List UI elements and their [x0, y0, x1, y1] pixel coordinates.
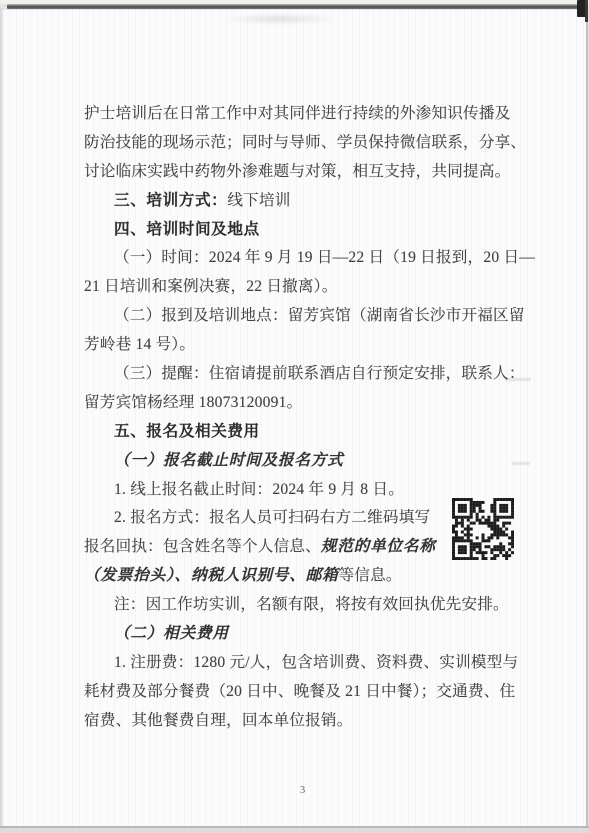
- text-line: （二）相关费用: [84, 620, 520, 649]
- qr-code-graphic: [452, 498, 514, 560]
- text-run: 1. 注册费：1280 元/人，包含培训费、资料费、实训模型与: [114, 654, 518, 671]
- scanned-page: 护士培训后在日常工作中对其同伴进行持续的外渗知识传播及防治技能的现场示范；同时与…: [0, 0, 589, 833]
- paper-right-edge-shadow: [585, 0, 588, 22]
- text-line: （发票抬头）、纳税人识别号、邮箱等信息。: [84, 562, 520, 591]
- text-run: 宿费、其他餐费自理，回本单位报销。: [84, 712, 353, 729]
- document-content: 护士培训后在日常工作中对其同伴进行持续的外渗知识传播及防治技能的现场示范；同时与…: [84, 100, 520, 736]
- scanner-bottom-band: [0, 828, 589, 833]
- paper-left-edge: [0, 8, 4, 833]
- text-run: 留芳宾馆杨经理 18073120091。: [84, 394, 302, 411]
- text-line: 1. 注册费：1280 元/人，包含培训费、资料费、实训模型与: [84, 649, 520, 678]
- text-line: 护士培训后在日常工作中对其同伴进行持续的外渗知识传播及: [84, 100, 520, 129]
- text-line: 21 日培训和案例决赛，22 日撤离）。: [84, 273, 520, 302]
- text-run-bold: （二）相关费用: [114, 625, 229, 642]
- text-run: 21 日培训和案例决赛，22 日撤离）。: [84, 278, 338, 295]
- text-line: 宿费、其他餐费自理，回本单位报销。: [84, 707, 520, 736]
- text-run: 护士培训后在日常工作中对其同伴进行持续的外渗知识传播及: [84, 105, 510, 122]
- text-run: 等信息。: [339, 567, 402, 584]
- text-line: 五、报名及相关费用: [84, 418, 520, 447]
- text-run: （二）报到及培训地点：留芳宾馆（湖南省长沙市开福区留: [114, 307, 525, 324]
- text-run-bold: （发票抬头）、纳税人识别号、邮箱: [84, 567, 339, 584]
- text-line: 注：因工作坊实训，名额有限，将按有效回执优先安排。: [84, 591, 520, 620]
- scan-smudge: [222, 13, 340, 25]
- page-number: 3: [0, 784, 589, 796]
- text-run-bold: 规范的单位名称: [321, 538, 436, 555]
- paper-right-edge: [586, 0, 588, 827]
- text-line: 三、培训方式：线下培训: [84, 187, 520, 216]
- text-run: （一）时间：2024 年 9 月 19 日—22 日（19 日报到，20 日—: [114, 249, 535, 266]
- text-run: 注：因工作坊实训，名额有限，将按有效回执优先安排。: [114, 596, 509, 613]
- text-line: 四、培训时间及地点: [84, 216, 520, 245]
- text-run-bold: 五、报名及相关费用: [114, 423, 260, 440]
- text-line: （一）时间：2024 年 9 月 19 日—22 日（19 日报到，20 日—: [84, 244, 520, 273]
- text-run: 线下培训: [227, 192, 290, 209]
- text-run: 报名回执：包含姓名等个人信息、: [84, 538, 321, 555]
- text-run-bold: （一）报名截止时间及报名方式: [114, 452, 344, 469]
- text-run: 2. 报名方式：报名人员可扫码右方二维码填写: [114, 509, 430, 526]
- text-run: 讨论临床实践中药物外渗难题与对策，相互支持，共同提高。: [84, 163, 510, 180]
- text-run: 芳岭巷 14 号）。: [84, 336, 195, 353]
- text-run: 耗材费及部分餐费（20 日中、晚餐及 21 日中餐）；交通费、住: [84, 683, 515, 700]
- text-line: 防治技能的现场示范；同时与导师、学员保持微信联系，分享、: [84, 129, 520, 158]
- text-run: 防治技能的现场示范；同时与导师、学员保持微信联系，分享、: [84, 134, 526, 151]
- text-line: 芳岭巷 14 号）。: [84, 331, 520, 360]
- scanner-edge-line: [7, 4, 580, 9]
- text-run: （三）提醒：住宿请提前联系酒店自行预定安排，联系人：: [114, 365, 525, 382]
- text-run: 1. 线上报名截止时间：2024 年 9 月 8 日。: [114, 481, 404, 498]
- text-run-bold: 三、培训方式：: [114, 192, 227, 209]
- text-line: 讨论临床实践中药物外渗难题与对策，相互支持，共同提高。: [84, 158, 520, 187]
- text-line: （一）报名截止时间及报名方式: [84, 447, 520, 476]
- text-line: （二）报到及培训地点：留芳宾馆（湖南省长沙市开福区留: [84, 302, 520, 331]
- text-line: 留芳宾馆杨经理 18073120091。: [84, 389, 520, 418]
- text-run-bold: 四、培训时间及地点: [114, 221, 260, 238]
- text-line: （三）提醒：住宿请提前联系酒店自行预定安排，联系人：: [84, 360, 520, 389]
- text-line: 耗材费及部分餐费（20 日中、晚餐及 21 日中餐）；交通费、住: [84, 678, 520, 707]
- qr-code: [452, 498, 514, 560]
